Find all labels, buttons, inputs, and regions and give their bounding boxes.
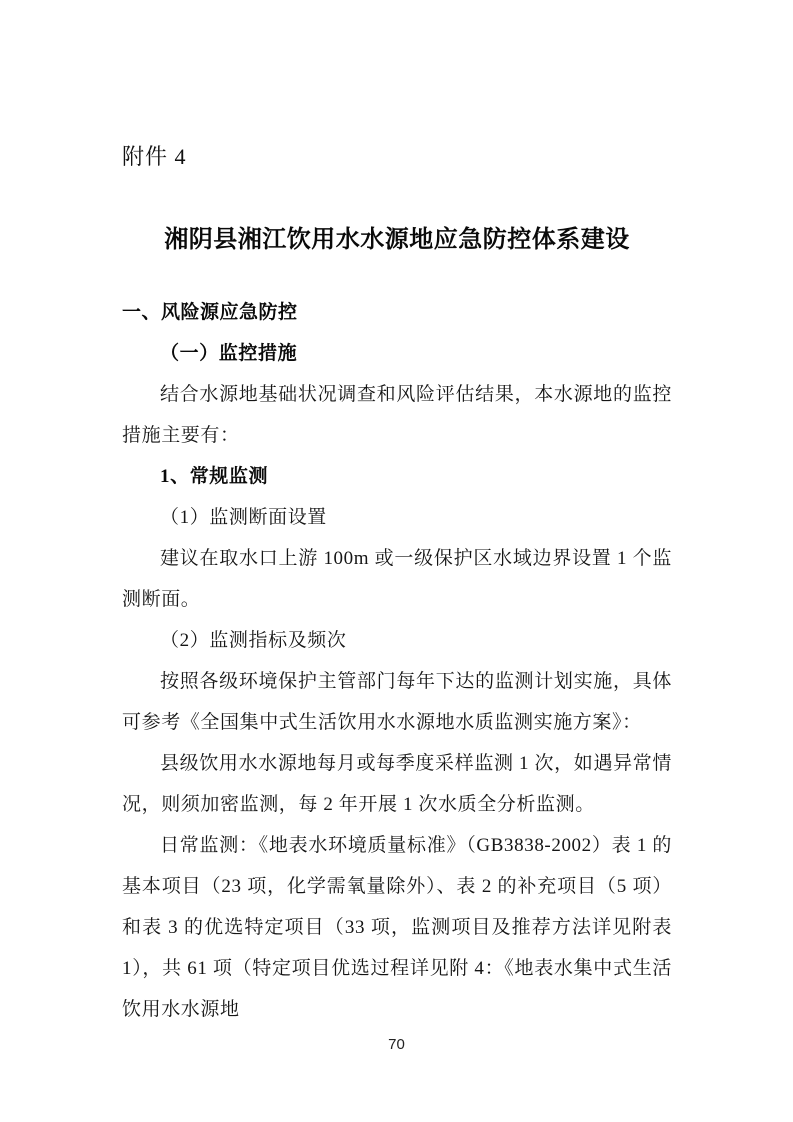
paragraph-sampling-frequency: 县级饮用水水源地每月或每季度采样监测 1 次，如遇异常情况，则须加密监测，每 2…	[122, 743, 672, 825]
paragraph-monitoring-section-detail: 建议在取水口上游 100m 或一级保护区水域边界设置 1 个监测断面。	[122, 538, 672, 620]
subsection-heading: （一）监控措施	[122, 333, 672, 374]
paragraph-intro: 结合水源地基础状况调查和风险评估结果，本水源地的监控措施主要有：	[122, 374, 672, 456]
paragraph-indicator-frequency-title: （2）监测指标及频次	[122, 620, 672, 661]
page-number: 70	[0, 1036, 793, 1053]
section-heading: 一、风险源应急防控	[122, 292, 672, 333]
paragraph-monitoring-section-title: （1）监测断面设置	[122, 497, 672, 538]
document-body: （一）监控措施 结合水源地基础状况调查和风险评估结果，本水源地的监控措施主要有：…	[122, 333, 672, 1030]
document-page: 附件 4 湘阴县湘江饮用水水源地应急防控体系建设 一、风险源应急防控 （一）监控…	[0, 0, 793, 1122]
attachment-label: 附件 4	[122, 140, 672, 174]
paragraph-monitoring-plan: 按照各级环境保护主管部门每年下达的监测计划实施，具体可参考《全国集中式生活饮用水…	[122, 661, 672, 743]
document-title: 湘阴县湘江饮用水水源地应急防控体系建设	[122, 220, 672, 260]
paragraph-daily-monitoring: 日常监测：《地表水环境质量标准》（GB3838-2002）表 1 的基本项目（2…	[122, 825, 672, 1030]
subheading-routine-monitoring: 1、常规监测	[122, 456, 672, 497]
